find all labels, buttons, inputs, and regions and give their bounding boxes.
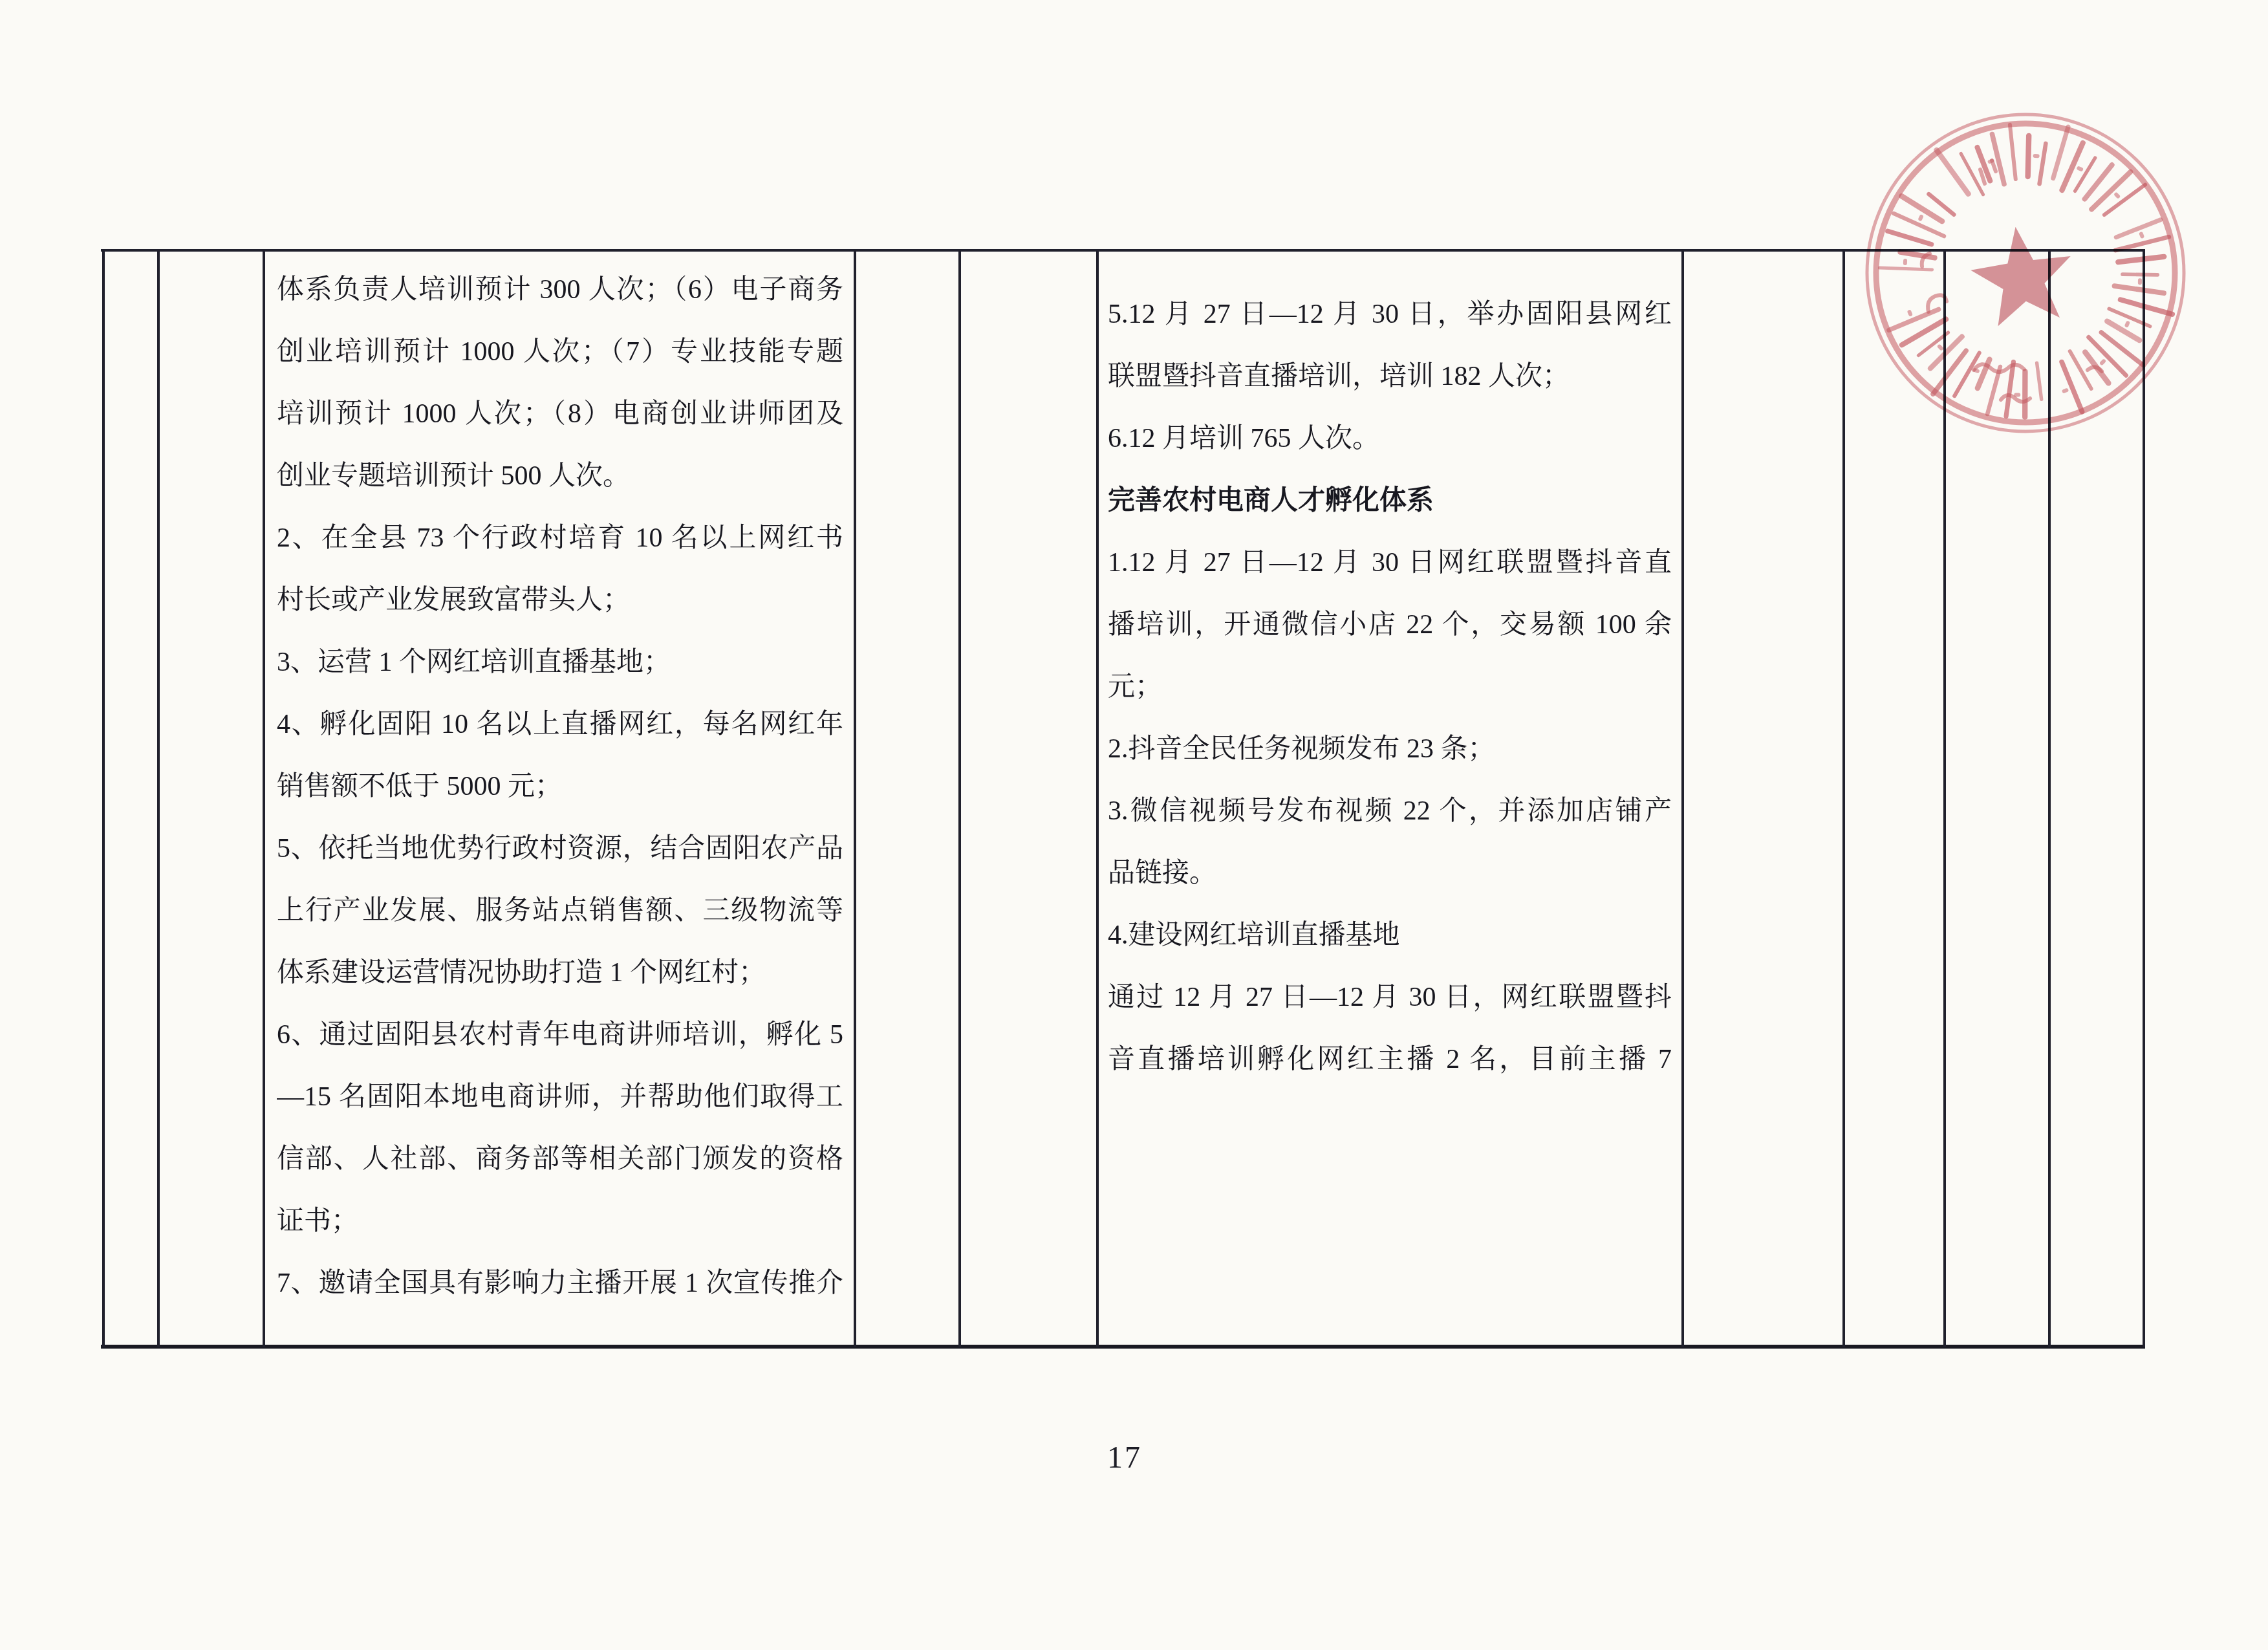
scanned-document-page: 体系负责人培训预计 300 人次；（6）电子商务创业培训预计 1000 人次；（… xyxy=(0,0,2268,1650)
text-line: 5、依托当地优势行政村资源，结合固阳农产品 xyxy=(277,818,843,880)
text-line: 7、邀请全国具有影响力主播开展 1 次宣传推介 xyxy=(277,1252,843,1314)
text-line: 证书； xyxy=(277,1190,843,1252)
text-line: 2、在全县 73 个行政村培育 10 名以上网红书记、 xyxy=(277,507,843,569)
text-line: 播培训，开通微信小店 22 个，交易额 100 余 xyxy=(1108,594,1672,656)
table-rule-vertical xyxy=(263,249,265,1347)
table-rule-vertical xyxy=(1842,249,1845,1347)
text-line: 体系负责人培训预计 300 人次；（6）电子商务 xyxy=(277,259,843,321)
text-line: 元； xyxy=(1108,656,1672,718)
text-line: 4.建设网红培训直播基地 xyxy=(1108,904,1672,966)
star-icon xyxy=(1965,220,2079,329)
table-cell-plan-text: 体系负责人培训预计 300 人次；（6）电子商务创业培训预计 1000 人次；（… xyxy=(277,259,843,1314)
text-line: 完善农村电商人才孵化体系 xyxy=(1108,470,1672,532)
official-seal-stamp xyxy=(1850,97,2201,449)
text-line: 上行产业发展、服务站点销售额、三级物流等 xyxy=(277,880,843,942)
text-line: 创业专题培训预计 500 人次。 xyxy=(277,445,843,507)
text-line: 销售额不低于 5000 元； xyxy=(277,755,843,818)
text-line: 1.12 月 27 日—12 月 30 日网红联盟暨抖音直 xyxy=(1108,532,1672,594)
table-border-bottom xyxy=(101,1345,2145,1349)
text-line: 品链接。 xyxy=(1108,842,1672,904)
text-line: 5.12 月 27 日—12 月 30 日，举办固阳县网红 xyxy=(1108,283,1672,345)
table-rule-vertical xyxy=(958,249,961,1347)
text-line: 4、孵化固阳 10 名以上直播网红，每名网红年 xyxy=(277,693,843,755)
text-line: 通过 12 月 27 日—12 月 30 日，网红联盟暨抖 xyxy=(1108,966,1672,1028)
text-line: 6.12 月培训 765 人次。 xyxy=(1108,407,1672,470)
text-line: —15 名固阳本地电商讲师，并帮助他们取得工 xyxy=(277,1066,843,1128)
text-line: 音直播培训孵化网红主播 2 名，目前主播 7 名。 xyxy=(1108,1028,1672,1091)
table-rule-vertical xyxy=(157,249,160,1347)
text-line: 联盟暨抖音直播培训，培训 182 人次； xyxy=(1108,345,1672,407)
text-line: 信部、人社部、商务部等相关部门颁发的资格 xyxy=(277,1128,843,1190)
table-rule-vertical xyxy=(1096,249,1099,1347)
page-number: 17 xyxy=(1107,1440,1142,1475)
text-line: 培训预计 1000 人次；（8）电商创业讲师团及 xyxy=(277,383,843,445)
text-line: 体系建设运营情况协助打造 1 个网红村； xyxy=(277,942,843,1004)
text-line: 3、运营 1 个网红培训直播基地； xyxy=(277,631,843,693)
table-border-top xyxy=(101,249,2145,252)
table-rule-vertical xyxy=(102,249,105,1347)
text-line: 村长或产业发展致富带头人； xyxy=(277,569,843,631)
text-line: 2.抖音全民任务视频发布 23 条； xyxy=(1108,718,1672,780)
text-line: 3.微信视频号发布视频 22 个，并添加店铺产 xyxy=(1108,780,1672,842)
text-line: 创业培训预计 1000 人次；（7）专业技能专题 xyxy=(277,321,843,383)
text-line: 6、通过固阳县农村青年电商讲师培训，孵化 5 xyxy=(277,1004,843,1066)
table-rule-vertical xyxy=(1681,249,1684,1347)
table-cell-progress-text: 5.12 月 27 日—12 月 30 日，举办固阳县网红联盟暨抖音直播培训，培… xyxy=(1108,283,1672,1091)
table-rule-vertical xyxy=(854,249,856,1347)
